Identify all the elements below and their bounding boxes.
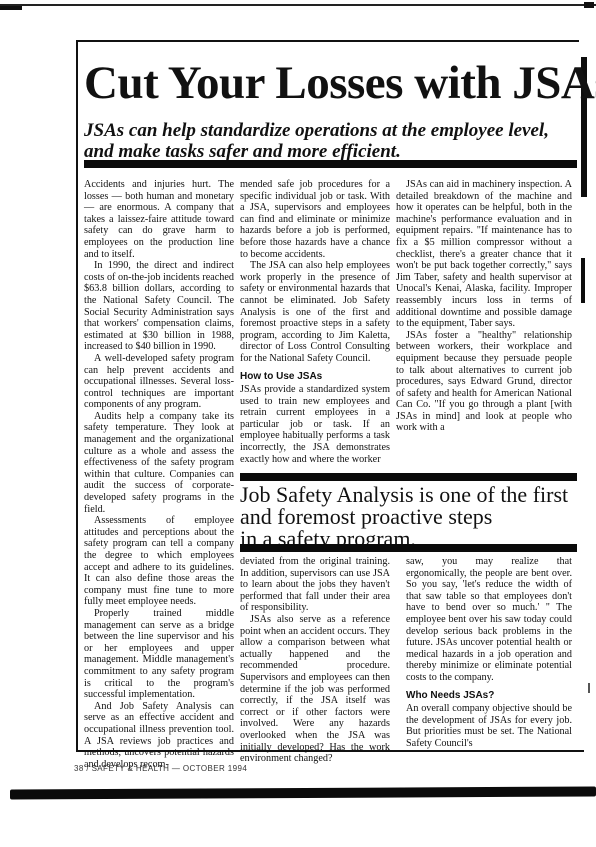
article-frame-top [76,40,579,42]
paragraph: mended safe job procedures for a specifi… [240,179,390,260]
scan-corner-mark [584,2,594,8]
scan-corner-mark [0,6,22,10]
paragraph: JSAs also serve as a reference point whe… [240,614,390,765]
paragraph: Audits help a company take its safety te… [84,411,234,515]
article-frame-right-bar [581,258,585,303]
pull-quote-line: Job Safety Analysis is one of the first [240,484,580,506]
paragraph: Properly trained middle management can s… [84,608,234,701]
paragraph: JSAs provide a standardized system used … [240,384,390,465]
paragraph: And Job Safety Analysis can serve as an … [84,701,234,771]
page-footer: 38 / SAFETY & HEALTH — OCTOBER 1994 [74,764,247,773]
article-frame-left [76,40,78,752]
paragraph: saw, you may realize that ergonomically,… [406,556,572,684]
pull-quote-rule-top [240,473,577,481]
deck-line: and make tasks safer and more efficient. [84,141,564,162]
paragraph: A well-developed safety program can help… [84,353,234,411]
pull-quote-line: and foremost proactive steps [240,506,580,528]
subhead-how-to-use: How to Use JSAs [240,371,390,383]
scan-top-rule [0,4,596,6]
column-2-top: mended safe job procedures for a specifi… [240,179,390,465]
subhead-who-needs: Who Needs JSAs? [406,690,572,702]
paragraph: In 1990, the direct and indirect costs o… [84,260,234,353]
paragraph: The JSA can also help employees work pro… [240,260,390,364]
pull-quote-rule-bottom [240,544,577,552]
paragraph: JSAs foster a "healthy" relationship bet… [396,330,572,434]
article-deck: JSAs can help standardize operations at … [84,120,564,162]
paragraph: Accidents and injuries hurt. The losses … [84,179,234,260]
column-1: Accidents and injuries hurt. The losses … [84,179,234,770]
article-title: Cut Your Losses with JSAs [84,58,596,108]
deck-rule [84,160,577,168]
paragraph: deviated from the original training. In … [240,556,390,614]
scan-edge-mark [588,683,590,693]
column-2-bottom: deviated from the original training. In … [240,556,390,765]
paragraph: Assessments of employee attitudes and pe… [84,515,234,608]
deck-line: JSAs can help standardize operations at … [84,120,564,141]
paragraph: An overall company objective should be t… [406,703,572,749]
pull-quote: Job Safety Analysis is one of the first … [240,484,580,550]
column-3-bottom: saw, you may realize that ergonomically,… [406,556,572,750]
scan-bottom-rule [10,786,596,799]
paragraph: JSAs can aid in machinery inspection. A … [396,179,572,330]
column-3-top: JSAs can aid in machinery inspection. A … [396,179,572,434]
